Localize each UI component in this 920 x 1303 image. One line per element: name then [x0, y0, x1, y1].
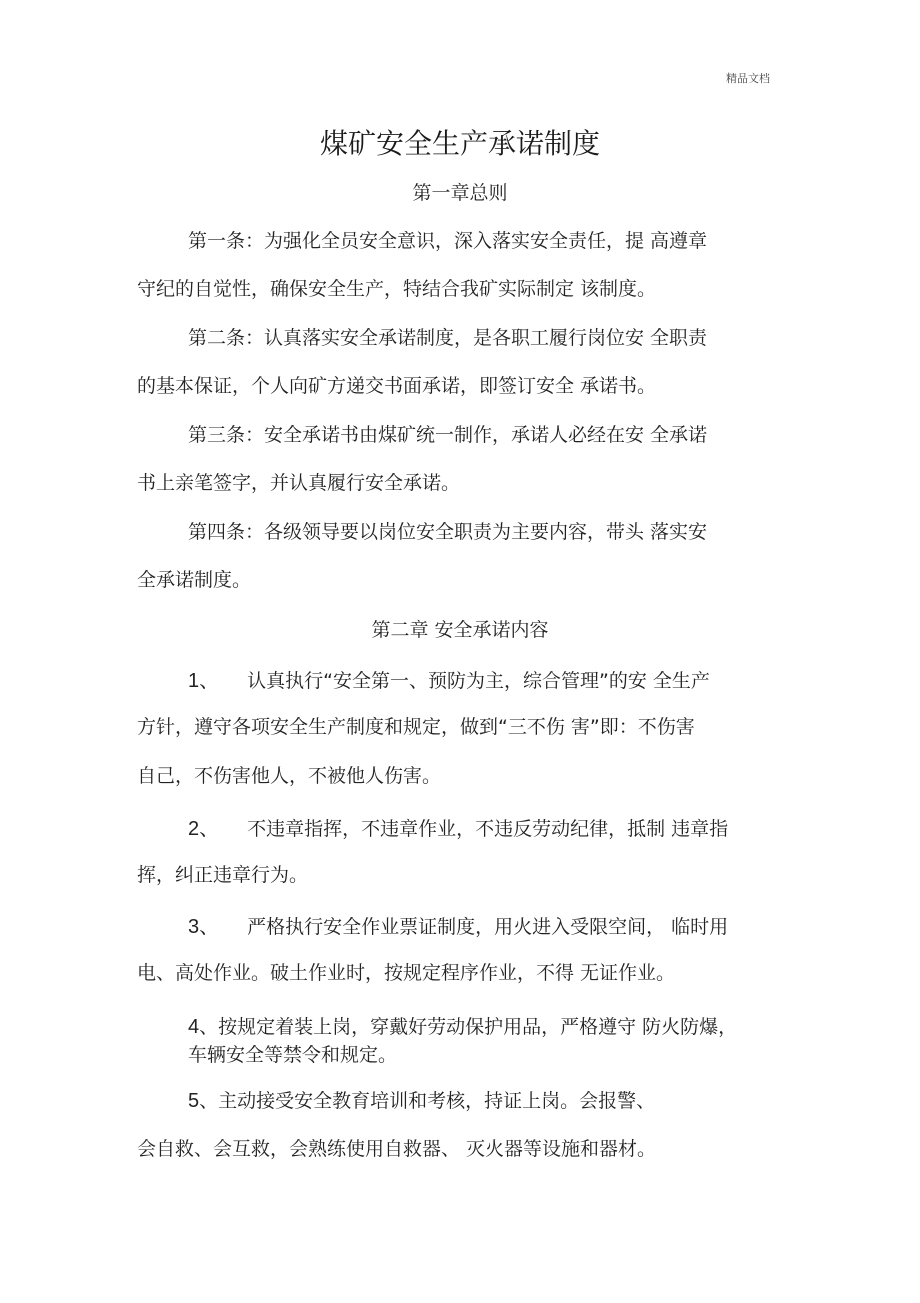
item-4-line1: 、按规定着装上岗，穿戴好劳动保护用品，严格遵守 防火防爆，: [199, 1016, 737, 1038]
article-4-line2: 全承诺制度。: [137, 565, 251, 592]
chapter2-heading: 第二章 安全承诺内容: [0, 615, 920, 642]
item-3-line2: 电、高处作业。破土作业时，按规定程序作业，不得 无证作业。: [137, 958, 675, 985]
chapter1-heading: 第一章总则: [0, 178, 920, 205]
item-1-line1: 认真执行“安全第一、预防为主，综合管理”的安 全生产: [247, 670, 710, 692]
item-4-number: 4: [188, 1016, 199, 1038]
item-2-line1: 不违章指挥，不违章作业，不违反劳动纪律，抵制 违章指: [247, 818, 728, 840]
item-1-line2: 方针，遵守各项安全生产制度和规定，做到“三不伤 害”即：不伤害: [137, 712, 695, 739]
item-3-line1: 严格执行安全作业票证制度，用火进入受限空间， 临时用: [247, 916, 728, 938]
article-3-line2: 书上亲笔签字，并认真履行安全承诺。: [137, 468, 460, 495]
article-1-line2: 守纪的自觉性，确保安全生产，特结合我矿实际制定 该制度。: [137, 274, 656, 301]
article-4-line1: 第四条：各级领导要以岗位安全职责为主要内容，带头 落实安: [188, 517, 707, 544]
item-5-line1: 、主动接受安全教育培训和考核，持证上岗。会报警、: [199, 1090, 655, 1112]
watermark: 精品文档: [726, 70, 770, 86]
item-1-line3: 自己，不伤害他人，不被他人伤害。: [137, 761, 441, 788]
item-2-number: 2、: [188, 818, 219, 840]
article-2-line1: 第二条：认真落实安全承诺制度，是各职工履行岗位安 全职责: [188, 323, 707, 350]
article-3-line1: 第三条：安全承诺书由煤矿统一制作，承诺人必经在安 全承诺: [188, 420, 707, 447]
item-4-line2: 车辆安全等禁令和规定。: [188, 1040, 397, 1067]
article-2-line2: 的基本保证，个人向矿方递交书面承诺，即签订安全 承诺书。: [137, 371, 656, 398]
item-1-number: 1、: [188, 670, 219, 692]
item-2-line2: 挥，纠正违章行为。: [137, 860, 308, 887]
document-title: 煤矿安全生产承诺制度: [0, 122, 920, 162]
article-1-line1: 第一条：为强化全员安全意识，深入落实安全责任，提 高遵章: [188, 226, 707, 253]
item-3-number: 3、: [188, 916, 219, 938]
item-5-line2: 会自救、会互救，会熟练使用自救器、 灭火器等设施和器材。: [137, 1134, 656, 1161]
item-5-number: 5: [188, 1090, 199, 1112]
